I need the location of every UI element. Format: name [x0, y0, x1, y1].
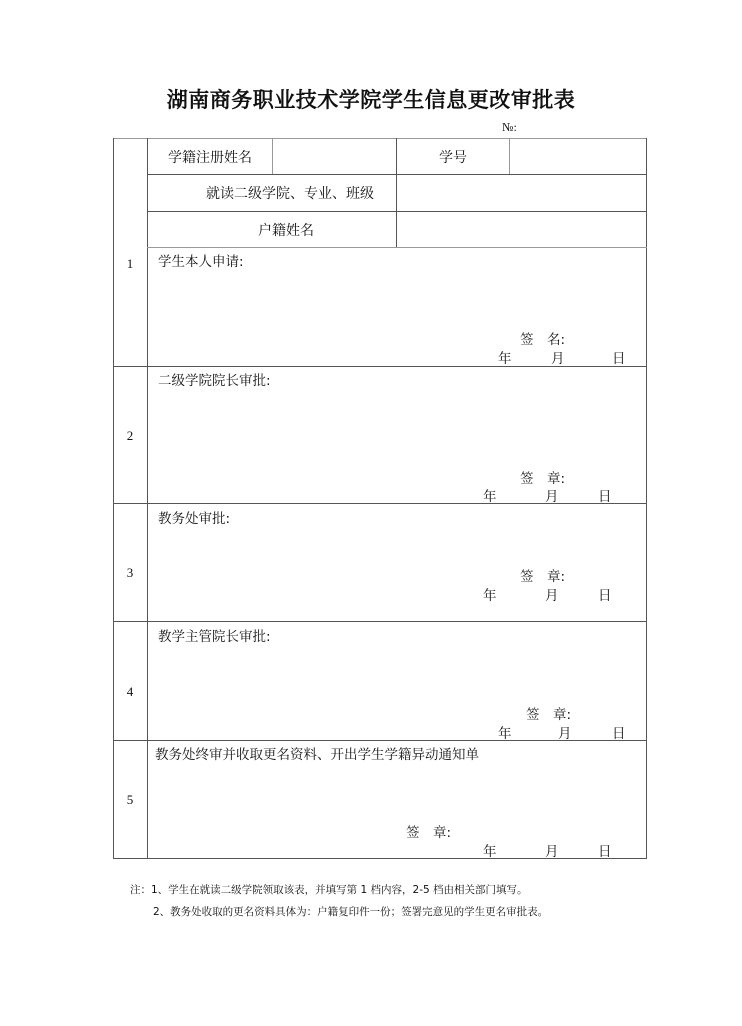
section-number: 5 — [113, 792, 147, 808]
signature-label: 签 名: — [520, 328, 565, 348]
college-major-class-label-wrap: 就读二级学院、专业、班级 — [148, 175, 396, 211]
section-divider — [113, 621, 647, 622]
form-title: 湖南商务职业技术学院学生信息更改审批表 — [0, 84, 742, 114]
registered-name-field[interactable] — [273, 139, 396, 174]
college-major-class-label: 就读二级学院、专业、班级 — [206, 183, 374, 203]
month-label: 月 — [545, 584, 559, 604]
household-name-label-wrap: 户籍姓名 — [148, 212, 396, 247]
seal-label: 签 章: — [520, 467, 565, 487]
day-label: 日 — [598, 584, 612, 604]
year-label: 年 — [483, 485, 497, 505]
student-id-field[interactable] — [510, 139, 646, 174]
section-number: 1 — [113, 256, 147, 272]
student-id-label: 学号 — [397, 139, 509, 174]
month-label: 月 — [551, 347, 565, 367]
student-application-label: 学生本人申请: — [158, 250, 244, 270]
vice-president-approval-area[interactable] — [148, 646, 646, 696]
month-label: 月 — [545, 840, 559, 860]
final-review-area[interactable] — [148, 764, 646, 814]
row-divider — [147, 247, 647, 248]
year-label: 年 — [483, 584, 497, 604]
household-name-label: 户籍姓名 — [258, 220, 314, 240]
section-divider — [113, 366, 647, 367]
section-number: 4 — [113, 684, 147, 700]
seal-label: 签 章: — [526, 703, 571, 723]
note-2: 2、教务处收取的更名资料具体为：户籍复印件一份；签署完意见的学生更名审批表。 — [153, 904, 548, 919]
day-label: 日 — [598, 485, 612, 505]
seal-label: 签 章: — [406, 821, 451, 841]
day-label: 日 — [612, 722, 626, 742]
academic-affairs-approval-label: 教务处审批: — [158, 507, 230, 527]
day-label: 日 — [612, 347, 626, 367]
serial-number-label: №: — [502, 120, 517, 135]
college-major-class-field[interactable] — [397, 175, 646, 211]
section-divider — [113, 503, 647, 504]
month-label: 月 — [545, 485, 559, 505]
vice-president-approval-label: 教学主管院长审批: — [158, 625, 271, 645]
year-label: 年 — [498, 722, 512, 742]
household-name-field[interactable] — [397, 212, 646, 247]
student-application-area[interactable] — [148, 270, 646, 325]
final-review-label: 教务处终审并收取更名资料、开出学生学籍异动通知单 — [155, 743, 479, 763]
section-number: 3 — [113, 565, 147, 581]
college-dean-approval-label: 二级学院院长审批: — [158, 369, 271, 389]
year-label: 年 — [483, 840, 497, 860]
month-label: 月 — [558, 722, 572, 742]
day-label: 日 — [598, 840, 612, 860]
registered-name-label: 学籍注册姓名 — [148, 139, 272, 174]
note-1: 注：1、学生在就读二级学院领取该表，并填写第 1 档内容，2-5 档由相关部门填… — [130, 882, 528, 897]
year-label: 年 — [498, 347, 512, 367]
section-number: 2 — [113, 428, 147, 444]
seal-label: 签 章: — [520, 565, 565, 585]
table-left-border — [113, 138, 114, 859]
table-bottom-border — [113, 858, 647, 859]
academic-affairs-approval-area[interactable] — [148, 528, 646, 563]
college-dean-approval-area[interactable] — [148, 390, 646, 460]
